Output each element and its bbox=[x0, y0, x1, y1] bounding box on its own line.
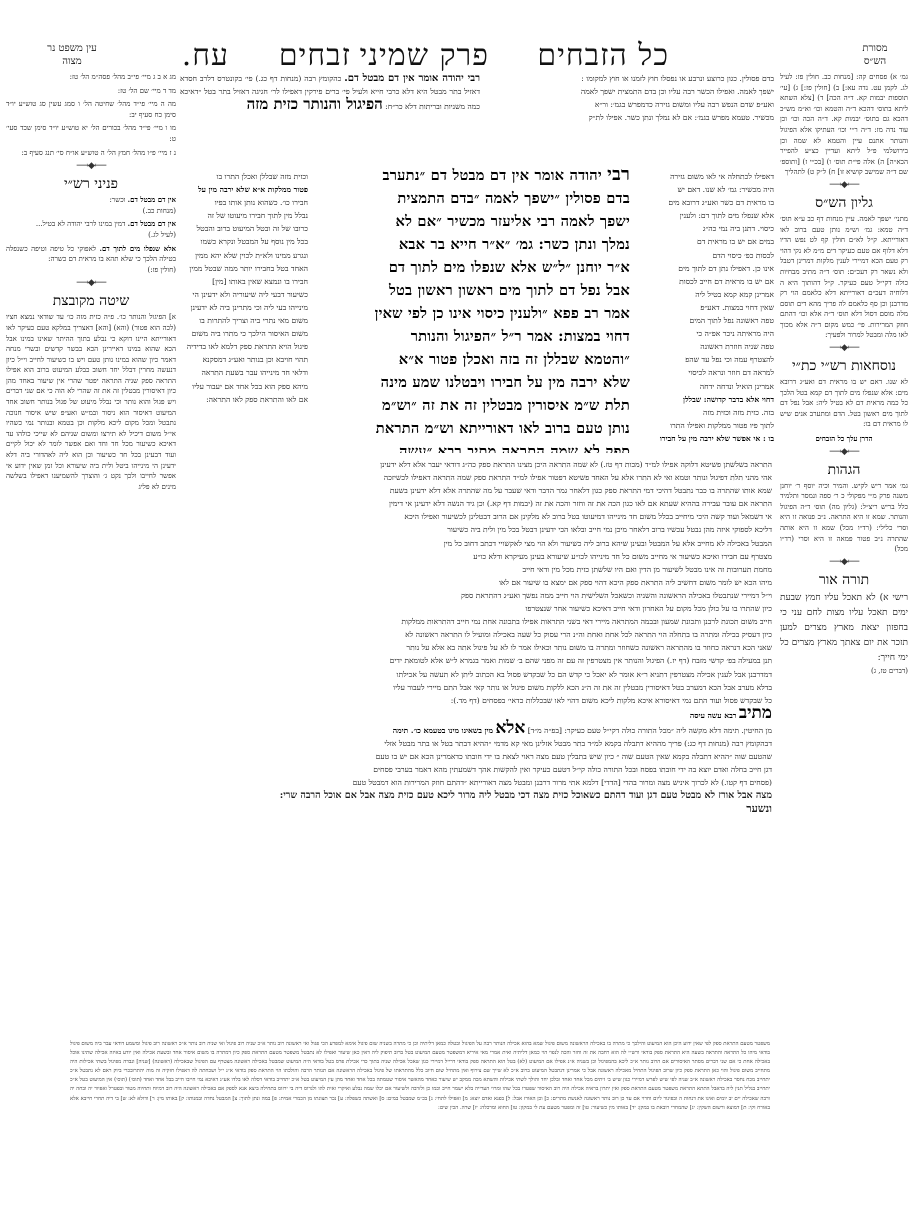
right-margin: גמ׳ א) פסחים קה: [מנחות כב. חולין פז: לע… bbox=[780, 72, 908, 942]
ornament-divider: ⟵◆⟶ bbox=[6, 161, 176, 171]
mesoret-hashas-label: מסורת הש״ס bbox=[850, 42, 900, 68]
tosafot-wide: התראה בשלשתן פשיטא דלוקה אפילו למ״ד (מכו… bbox=[180, 458, 772, 978]
ornament-divider: ⟵◆⟶ bbox=[780, 557, 908, 567]
gilyon-hashas-text: מתני׳ ישפך לאמה. עיין מנחות דף כב ע״א תו… bbox=[780, 214, 908, 341]
gemara-opening-word: רבי bbox=[607, 164, 630, 185]
mesoret-hashas-notes: גמ׳ א) פסחים קה: [מנחות כב. חולין פז: לע… bbox=[780, 72, 908, 178]
hagahot-title: הגהות bbox=[780, 461, 908, 479]
ornament-divider: ⟵◆⟶ bbox=[780, 180, 908, 190]
daf-number: עח. bbox=[182, 40, 229, 72]
nuschaot-title: נוסחאות רש״י כת״י bbox=[780, 357, 908, 375]
hadran-line: הדרן עלך כל הזבחים bbox=[780, 434, 908, 445]
nuschaot-text: לא שנו. דאם יש בו מראית דם ואע״ג דרובא מ… bbox=[780, 377, 908, 430]
left-margin: מג א ב ג מיי׳ פי״ב מהל׳ פסה״מ הל׳ טז: מד… bbox=[6, 72, 176, 1097]
gilyon-hashas-title: גליון הש״ס bbox=[780, 194, 908, 212]
rashi-commentary-narrow: דאפילו לכתחלה אי לאו משום גזירה היה מכשי… bbox=[644, 170, 774, 450]
penei-rashi-notes: אין דם מבטל דם. וכשר:(מנחות כב.) אין דם … bbox=[6, 195, 176, 275]
shita-mekubetzet-footnotes: משפטר מטעם התראת ספק לפי שאין ידוע היכן … bbox=[70, 1040, 770, 1115]
tractate-chapter-title: כל הזבחים bbox=[537, 40, 669, 72]
tractate-name: זבחים bbox=[279, 40, 351, 72]
torah-or-ref: (דברים טז, ג) bbox=[780, 666, 908, 677]
ein-mishpat-label: עין משפט נר מצוה bbox=[42, 42, 102, 68]
ein-mishpat-notes: מג א ב ג מיי׳ פי״ב מהל׳ פסה״מ הל׳ טז: מד… bbox=[6, 72, 176, 158]
rashi-commentary: בדם פסולין. כגון כרוצע ונרבע או נפסלו חו… bbox=[489, 72, 774, 168]
ornament-divider: ⟵◆⟶ bbox=[780, 343, 908, 353]
tosafot-top: רבי יהודה אומר אין דם מבטל דם. כהקומץ רב… bbox=[180, 72, 480, 168]
shita-mekubetzet-text: א] הפיגול והנותר כו׳. פ״ה כזית מזה כו׳ ע… bbox=[6, 312, 176, 492]
penei-rashi-title: פניני רש״י bbox=[6, 175, 176, 193]
gemara-text: רבי יהודה אומר אין דם מבטל דם ״נתערב בדם… bbox=[312, 163, 630, 453]
catchword: ונשער bbox=[180, 802, 772, 815]
tosafot-mativ-dh: מתיב bbox=[739, 703, 772, 723]
torah-or-title: תורה אור bbox=[780, 571, 908, 589]
shita-mekubetzet-title: שיטה מקובצת bbox=[6, 292, 176, 310]
tosafot-ela-dh: אלא bbox=[495, 718, 525, 738]
perek-title: פרק שמיני bbox=[359, 40, 489, 72]
ornament-divider: ⟵◆⟶ bbox=[6, 278, 176, 288]
hagahot-text: גמ׳ אמר ריש לקיש. והמיר וכיה יוסף ר׳ יוח… bbox=[780, 481, 908, 555]
ornament-divider: ⟵◆⟶ bbox=[780, 447, 908, 457]
torah-or-text: רישי א) לא תאכל עליו חמץ שבעת ימים תאכל … bbox=[780, 591, 908, 666]
tosafot-narrow: וכזית מזה שבללן ואכלן התרו בו פטור ממלקו… bbox=[180, 170, 308, 450]
